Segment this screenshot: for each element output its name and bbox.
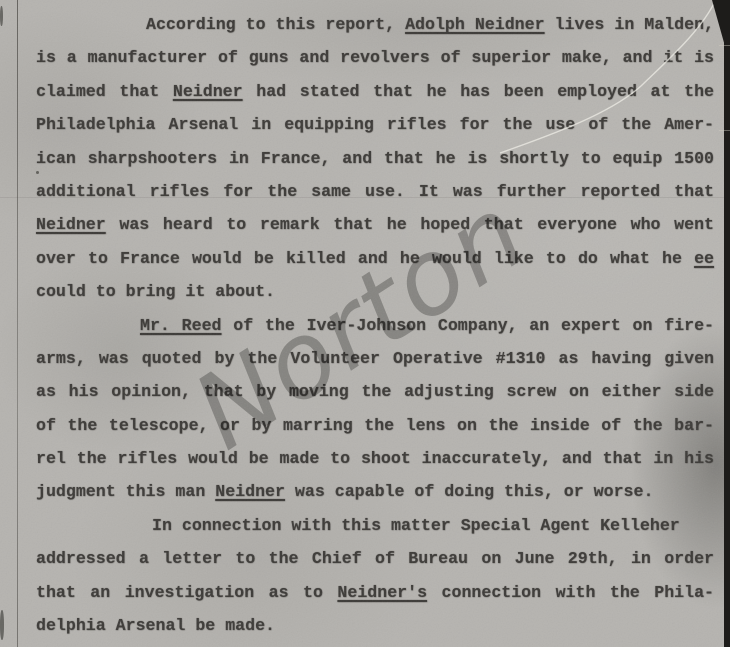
text-segment: addressed a letter to the Chief of Burea… bbox=[36, 549, 714, 568]
text-line: is a manufacturer of guns and revolvers … bbox=[36, 41, 714, 74]
page-edge-line bbox=[719, 130, 730, 131]
text-segment: According to this report, bbox=[146, 15, 405, 34]
text-line: Mr. Reed of the Iver-Johnson Company, an… bbox=[36, 309, 714, 342]
text-segment: is a manufacturer of guns and revolvers … bbox=[36, 48, 714, 67]
text-line: According to this report, Adolph Neidner… bbox=[36, 8, 714, 41]
underlined-text: Neidner bbox=[36, 215, 106, 234]
text-line: delphia Arsenal be made. bbox=[36, 609, 714, 642]
underlined-text: Adolph Neidner bbox=[405, 15, 544, 34]
text-line: additional rifles for the same use. It w… bbox=[36, 175, 714, 208]
text-line: Philadelphia Arsenal in equipping rifles… bbox=[36, 108, 714, 141]
text-segment: had stated that he has been employed at … bbox=[243, 82, 714, 101]
text-line: as his opinion, that by moving the adjus… bbox=[36, 375, 714, 408]
text-line: of the telescope, or by marring the lens… bbox=[36, 409, 714, 442]
text-segment: judgment this man bbox=[36, 482, 215, 501]
text-line: over to France would be killed and he wo… bbox=[36, 242, 714, 275]
underlined-text: Neidner's bbox=[337, 583, 427, 602]
text-segment: could to bring it about. bbox=[36, 282, 275, 301]
left-edge-mark bbox=[0, 6, 3, 26]
left-edge-mark bbox=[0, 610, 4, 640]
underlined-text: ee bbox=[694, 249, 714, 268]
right-scan-edge bbox=[724, 0, 730, 647]
text-segment: additional rifles for the same use. It w… bbox=[36, 182, 714, 201]
document-page: According to this report, Adolph Neidner… bbox=[0, 0, 730, 647]
text-segment: was capable of doing this, or worse. bbox=[285, 482, 653, 501]
text-line: rel the rifles would be made to shoot in… bbox=[36, 442, 714, 475]
text-segment: of the telescope, or by marring the lens… bbox=[36, 416, 714, 435]
text-line: Neidner was heard to remark that he hope… bbox=[36, 208, 714, 241]
left-margin-rule bbox=[17, 0, 18, 647]
text-segment: rel the rifles would be made to shoot in… bbox=[36, 449, 714, 468]
text-segment: that an investigation as to bbox=[36, 583, 337, 602]
text-segment: claimed that bbox=[36, 82, 173, 101]
text-line: ican sharpshooters in France, and that h… bbox=[36, 142, 714, 175]
text-segment: of the Iver-Johnson Company, an expert o… bbox=[221, 316, 714, 335]
page-edge-line bbox=[719, 45, 730, 46]
text-line: judgment this man Neidner was capable of… bbox=[36, 475, 714, 508]
text-segment: connection with the Phila- bbox=[427, 583, 714, 602]
text-segment: In connection with this matter Special A… bbox=[152, 516, 680, 535]
document-lines: According to this report, Adolph Neidner… bbox=[36, 0, 714, 642]
stray-ink-dot bbox=[36, 171, 39, 174]
text-segment: lives in Malden, bbox=[545, 15, 714, 34]
text-line: that an investigation as to Neidner's co… bbox=[36, 576, 714, 609]
text-segment: ican sharpshooters in France, and that h… bbox=[36, 149, 714, 168]
underlined-text: Neidner bbox=[173, 82, 243, 101]
text-line: addressed a letter to the Chief of Burea… bbox=[36, 542, 714, 575]
text-segment: as his opinion, that by moving the adjus… bbox=[36, 382, 714, 401]
text-line: arms, was quoted by the Volunteer Operat… bbox=[36, 342, 714, 375]
underlined-text: Mr. Reed bbox=[140, 316, 221, 335]
text-line: In connection with this matter Special A… bbox=[36, 509, 714, 542]
text-line: could to bring it about. bbox=[36, 275, 714, 308]
text-segment: over to France would be killed and he wo… bbox=[36, 249, 694, 268]
text-segment: arms, was quoted by the Volunteer Operat… bbox=[36, 349, 714, 368]
text-segment: was heard to remark that he hoped that e… bbox=[106, 215, 714, 234]
text-line: claimed that Neidner had stated that he … bbox=[36, 75, 714, 108]
text-segment: Philadelphia Arsenal in equipping rifles… bbox=[36, 115, 714, 134]
underlined-text: Neidner bbox=[215, 482, 285, 501]
text-segment: delphia Arsenal be made. bbox=[36, 616, 275, 635]
